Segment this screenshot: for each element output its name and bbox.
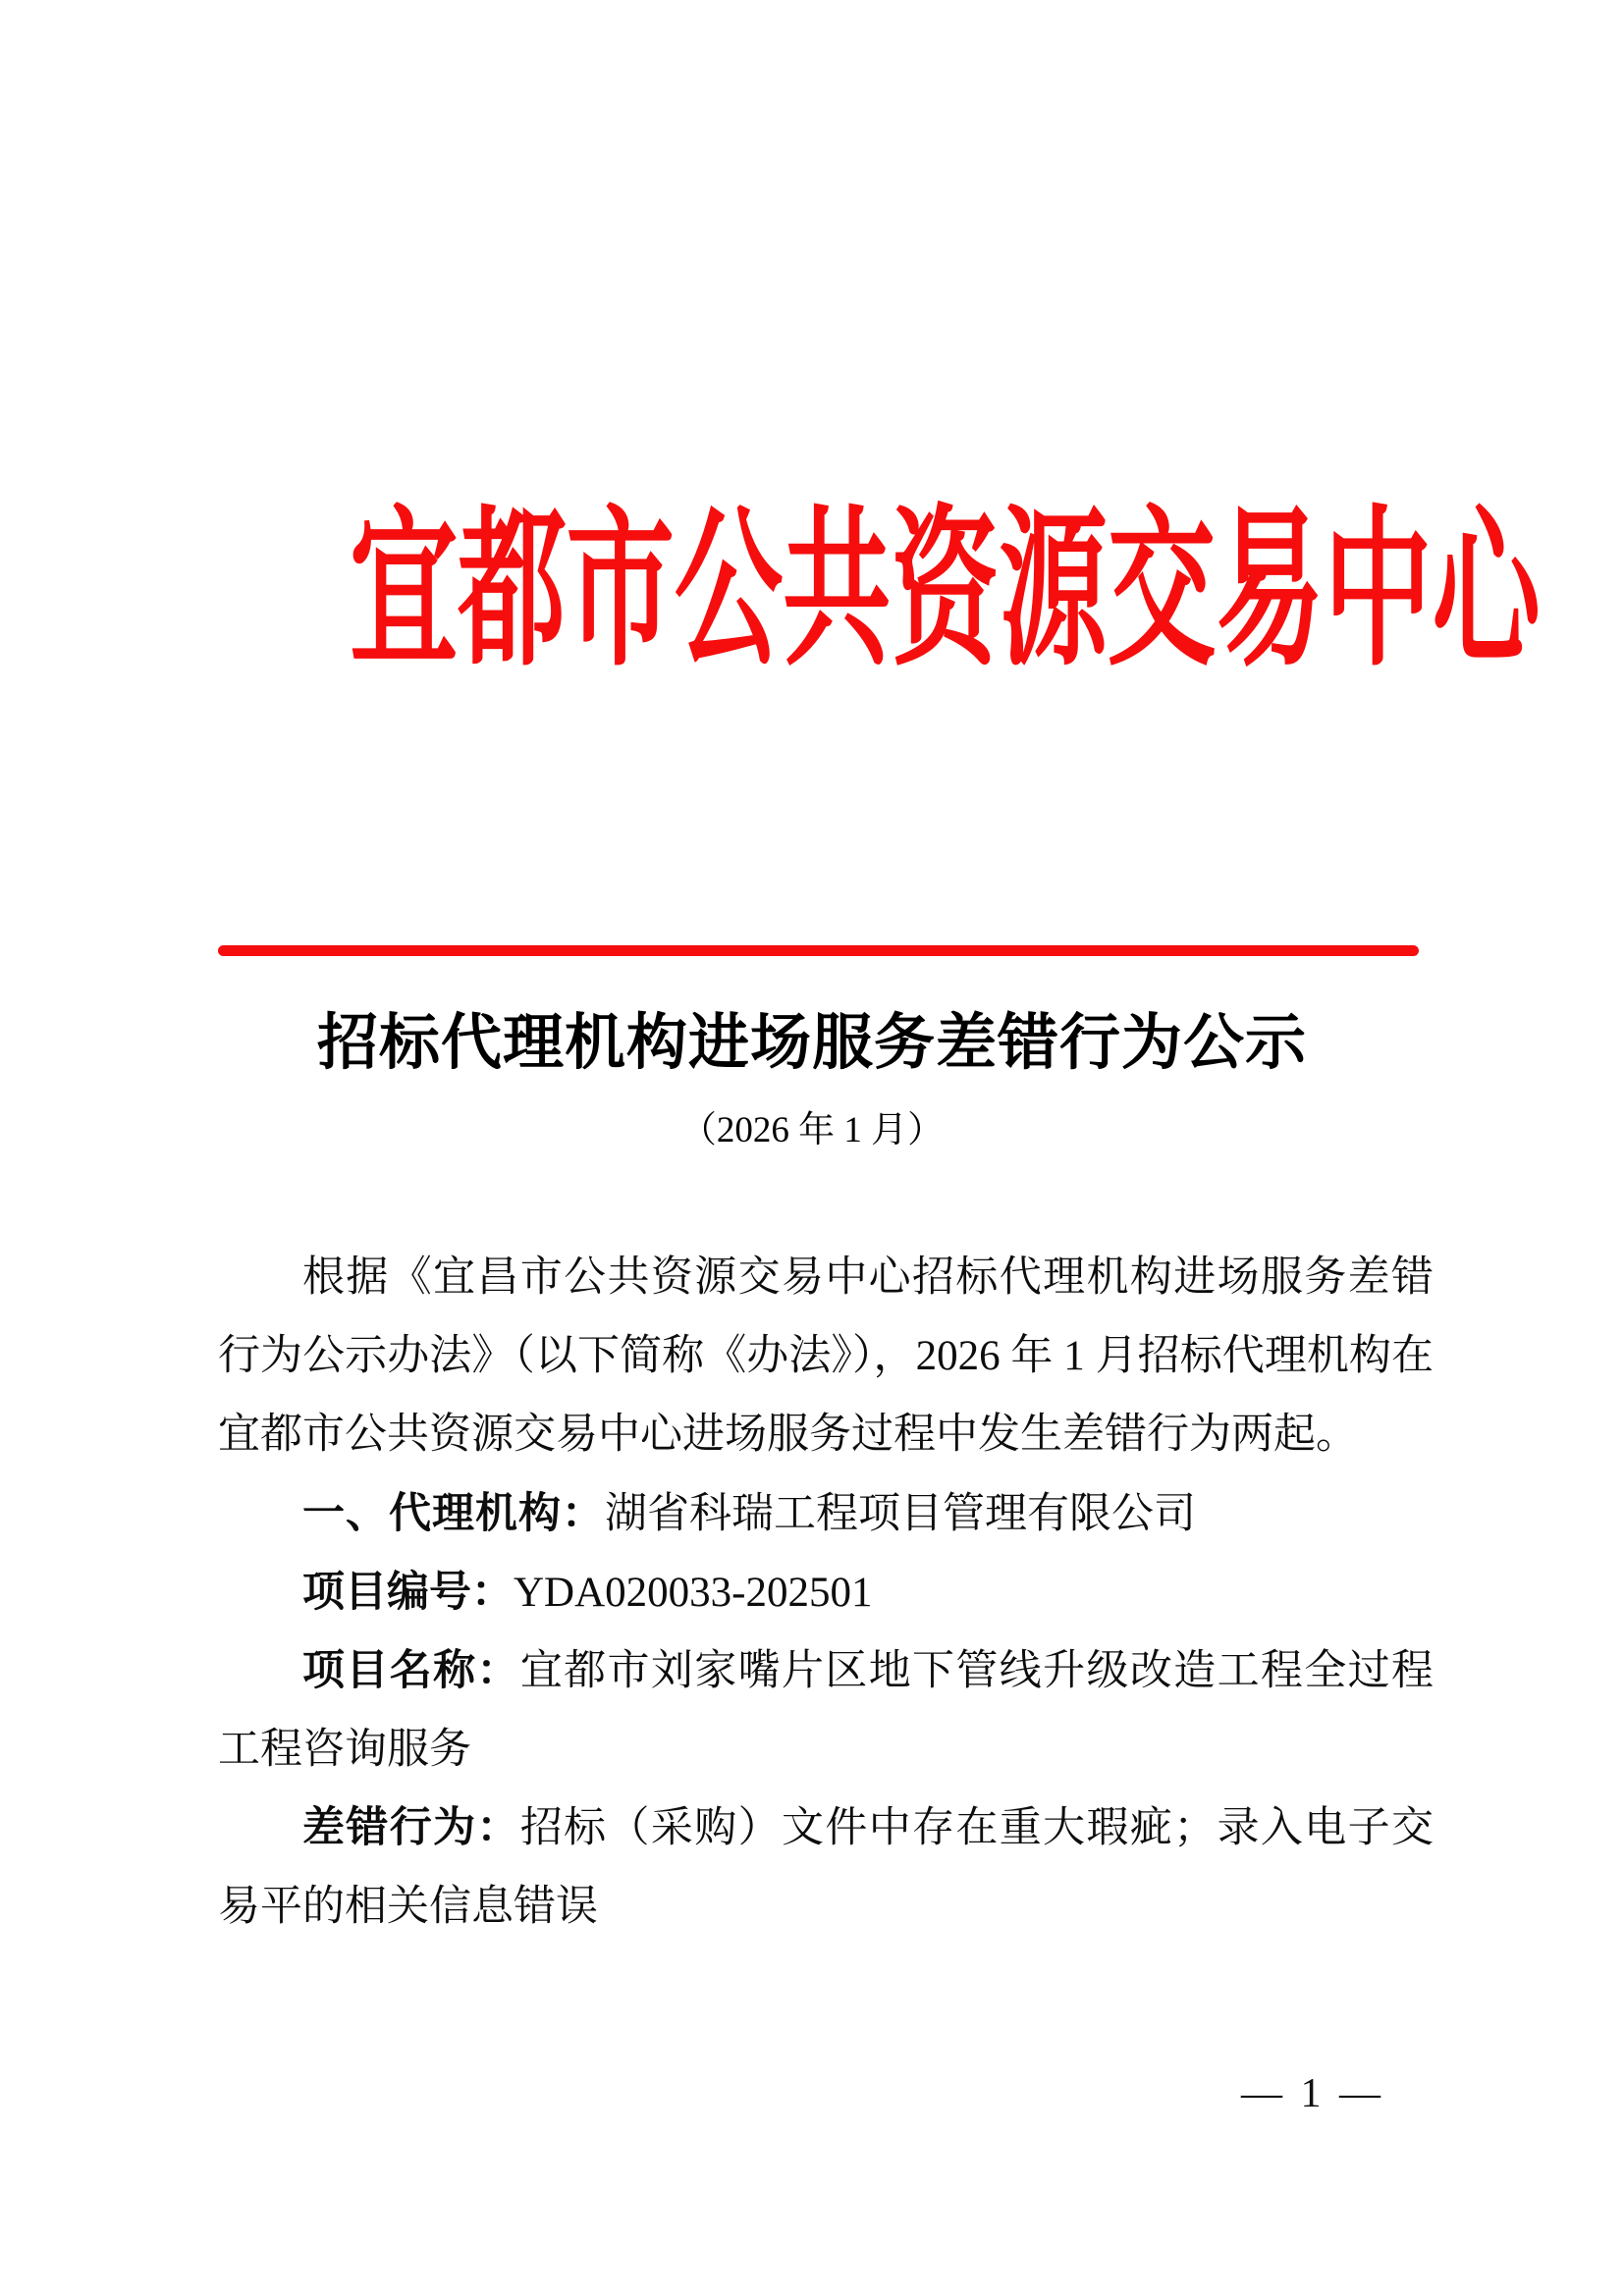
project-name-label: 项目名称： (302, 1648, 520, 1694)
doc-subtitle: （2026 年 1 月） (0, 1107, 1624, 1154)
project-number-line: 项目编号：YDA020033-202501 (218, 1554, 1434, 1632)
org-title: 宜都市公共资源交易中心 (0, 506, 1624, 677)
intro-paragraph: 根据《宜昌市公共资源交易中心招标代理机构进场服务差错行为公示办法》（以下简称《办… (218, 1239, 1434, 1474)
page-number: — 1 — (1241, 2069, 1384, 2118)
agency-line: 一、代理机构：湖省科瑞工程项目管理有限公司 (218, 1474, 1434, 1554)
document-page: 宜都市公共资源交易中心 招标代理机构进场服务差错行为公示 （2026 年 1 月… (0, 0, 1624, 2296)
red-divider-rule (218, 945, 1419, 956)
project-number-label: 项目编号： (302, 1570, 514, 1616)
error-behavior-line: 差错行为：招标（采购）文件中存在重大瑕疵；录入电子交易平的相关信息错误 (218, 1789, 1434, 1947)
project-name-line: 项目名称：宜都市刘家嘴片区地下管线升级改造工程全过程工程咨询服务 (218, 1632, 1434, 1789)
org-title-text: 宜都市公共资源交易中心 (350, 506, 1541, 677)
error-behavior-label: 差错行为： (302, 1805, 520, 1851)
agency-value: 湖省科瑞工程项目管理有限公司 (605, 1491, 1196, 1537)
document-body: 根据《宜昌市公共资源交易中心招标代理机构进场服务差错行为公示办法》（以下简称《办… (218, 1239, 1434, 1947)
doc-title: 招标代理机构进场服务差错行为公示 (0, 1009, 1624, 1079)
agency-label: 一、代理机构： (302, 1490, 605, 1537)
project-number-value: YDA020033-202501 (514, 1570, 872, 1616)
